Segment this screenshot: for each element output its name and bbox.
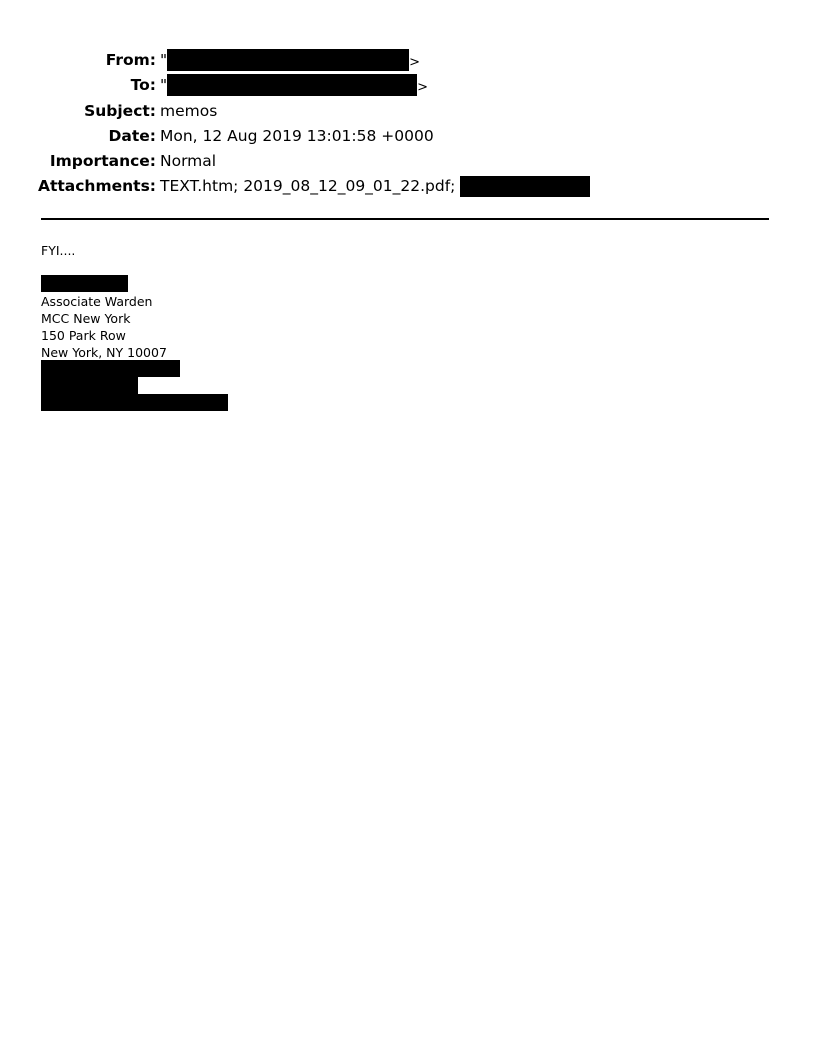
- header-to-label-box: To:: [0, 73, 158, 97]
- attachment-redaction: [460, 176, 590, 197]
- subject-value: memos: [160, 102, 217, 120]
- header-date-row: Date: Mon, 12 Aug 2019 13:01:58 +0000: [0, 124, 434, 148]
- header-from-label-box: From:: [0, 48, 158, 72]
- signature-contact-redaction-2: [41, 377, 138, 394]
- to-suffix: >: [417, 80, 428, 95]
- signature-street: 150 Park Row: [41, 327, 126, 344]
- date-value: Mon, 12 Aug 2019 13:01:58 +0000: [160, 127, 434, 145]
- attachments-value: TEXT.htm; 2019_08_12_09_01_22.pdf;: [160, 176, 590, 197]
- header-subject-row: Subject: memos: [0, 99, 217, 123]
- signature-org: MCC New York: [41, 310, 130, 327]
- to-redaction: [167, 74, 417, 96]
- signature-title: Associate Warden: [41, 293, 152, 310]
- header-attachments-label-box: Attachments:: [0, 174, 158, 198]
- header-to-row: To: " >: [0, 73, 428, 97]
- header-attachments-row: Attachments: TEXT.htm; 2019_08_12_09_01_…: [0, 174, 590, 198]
- body-greeting: FYI....: [41, 242, 75, 259]
- signature-name-redaction: [41, 275, 128, 292]
- importance-label: Importance:: [50, 152, 156, 170]
- subject-label: Subject:: [84, 102, 156, 120]
- from-value: " >: [160, 49, 420, 71]
- header-divider: [41, 218, 769, 220]
- header-from-row: From: " >: [0, 48, 420, 72]
- header-importance-row: Importance: Normal: [0, 149, 216, 173]
- attachments-label: Attachments:: [38, 177, 156, 195]
- from-redaction: [167, 49, 409, 71]
- signature-city: New York, NY 10007: [41, 344, 167, 361]
- to-value: " >: [160, 74, 428, 96]
- header-importance-label-box: Importance:: [0, 149, 158, 173]
- header-date-label-box: Date:: [0, 124, 158, 148]
- to-quote: ": [160, 76, 167, 94]
- signature-contact-redaction-1: [41, 360, 180, 377]
- signature-contact-redaction-3: [41, 394, 228, 411]
- importance-value: Normal: [160, 152, 216, 170]
- attachments-list: TEXT.htm; 2019_08_12_09_01_22.pdf;: [160, 177, 455, 195]
- to-label: To:: [131, 76, 156, 94]
- date-label: Date:: [109, 127, 156, 145]
- from-label: From:: [106, 51, 156, 69]
- from-suffix: >: [409, 55, 420, 70]
- header-subject-label-box: Subject:: [0, 99, 158, 123]
- from-quote: ": [160, 51, 167, 69]
